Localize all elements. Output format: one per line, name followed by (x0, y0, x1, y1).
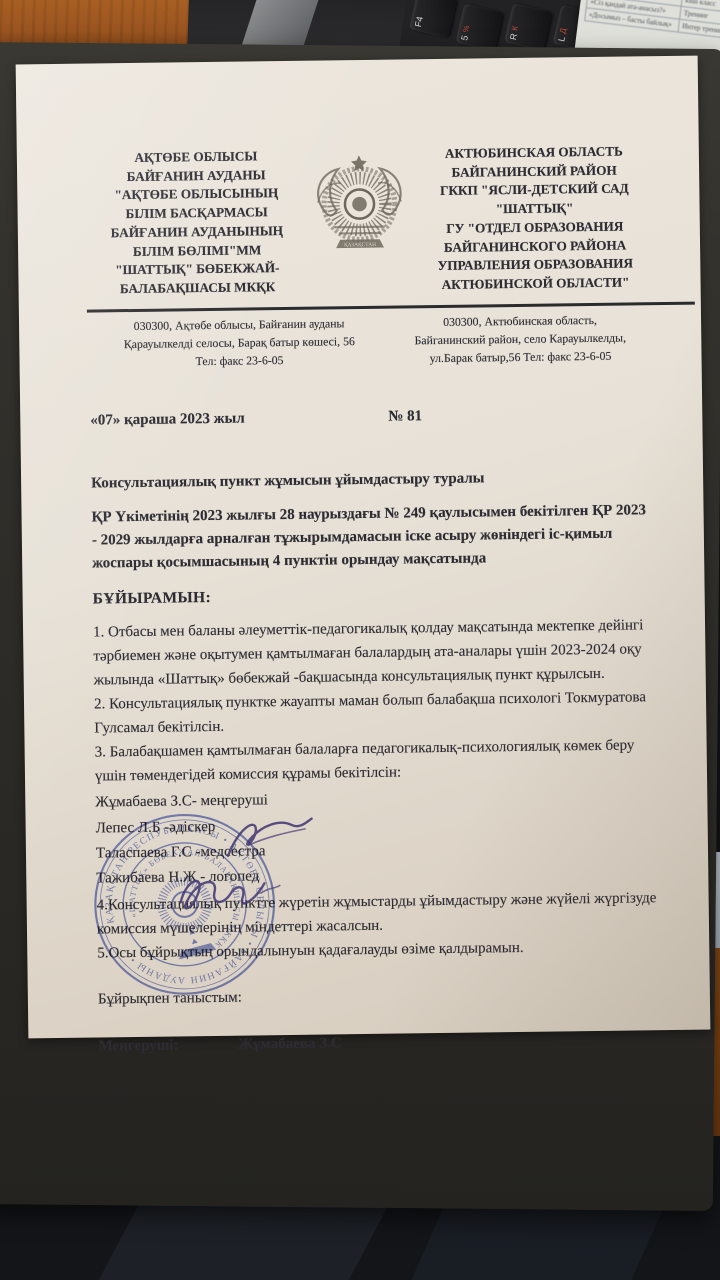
order-number: № 81 (388, 408, 422, 425)
order-date: «07» қараша 2023 жыл (90, 408, 388, 429)
floor-highlight (99, 1200, 392, 1280)
order-item: 1. Отбасы мен баланы әлеуметтік-педагоги… (93, 614, 656, 693)
order-item: 3. Балабақшамен қамтылмаған балаларға пе… (95, 734, 658, 789)
head-name: Жұмабаева З.С (238, 1036, 342, 1053)
order-items: 1. Отбасы мен баланы әлеуметтік-педагоги… (93, 614, 657, 789)
keyboard-key: RК (504, 3, 552, 51)
document-page: АҚТӨБЕ ОБЛЫСЫ БАЙҒАНИН АУДАНЫ "АҚТӨБЕ ОБ… (16, 56, 711, 1039)
head-label: Меңгеруші: (98, 1038, 178, 1055)
head-signature (174, 867, 295, 927)
address-kazakh: 030300, Ақтөбе облысы, Байғанин ауданы Қ… (89, 314, 390, 373)
org-name-russian: АКТЮБИНСКАЯ ОБЛАСТЬ БАЙГАНИНСКИЙ РАЙОН Г… (419, 142, 651, 295)
order-preamble: ҚР Үкіметінің 2023 жылғы 28 наурыздағы №… (91, 499, 654, 576)
address-block: 030300, Ақтөбе облысы, Байғанин ауданы Қ… (89, 310, 652, 372)
kazakhstan-emblem: ҚАЗАҚСТАН (305, 149, 414, 254)
keyboard-key: F4 (409, 0, 457, 38)
address-russian: 030300, Актюбинская область, Байганински… (389, 310, 652, 368)
order-keyword: БҰЙЫРАМЫН: (93, 584, 655, 609)
order-item: 2. Консультациялық пунктке жауапты маман… (94, 686, 657, 741)
emblem-ribbon-text: ҚАЗАҚСТАН (344, 242, 376, 248)
keyboard-key: 5% (455, 3, 503, 51)
date-number-row: «07» қараша 2023 жыл № 81 (90, 405, 652, 429)
org-name-kazakh: АҚТӨБЕ ОБЛЫСЫ БАЙҒАНИН АУДАНЫ "АҚТӨБЕ ОБ… (87, 147, 307, 300)
background-sheet-table: «... шеңбер»кіші класс «Сіз қандай ата-а… (584, 0, 720, 39)
acquainted-signature (222, 814, 343, 868)
order-subject: Консультациялық пункт жұмысын ұйымдастыр… (91, 468, 653, 492)
document-header: АҚТӨБЕ ОБЛЫСЫ БАЙҒАНИН АУДАНЫ "АҚТӨБЕ ОБ… (87, 142, 651, 299)
